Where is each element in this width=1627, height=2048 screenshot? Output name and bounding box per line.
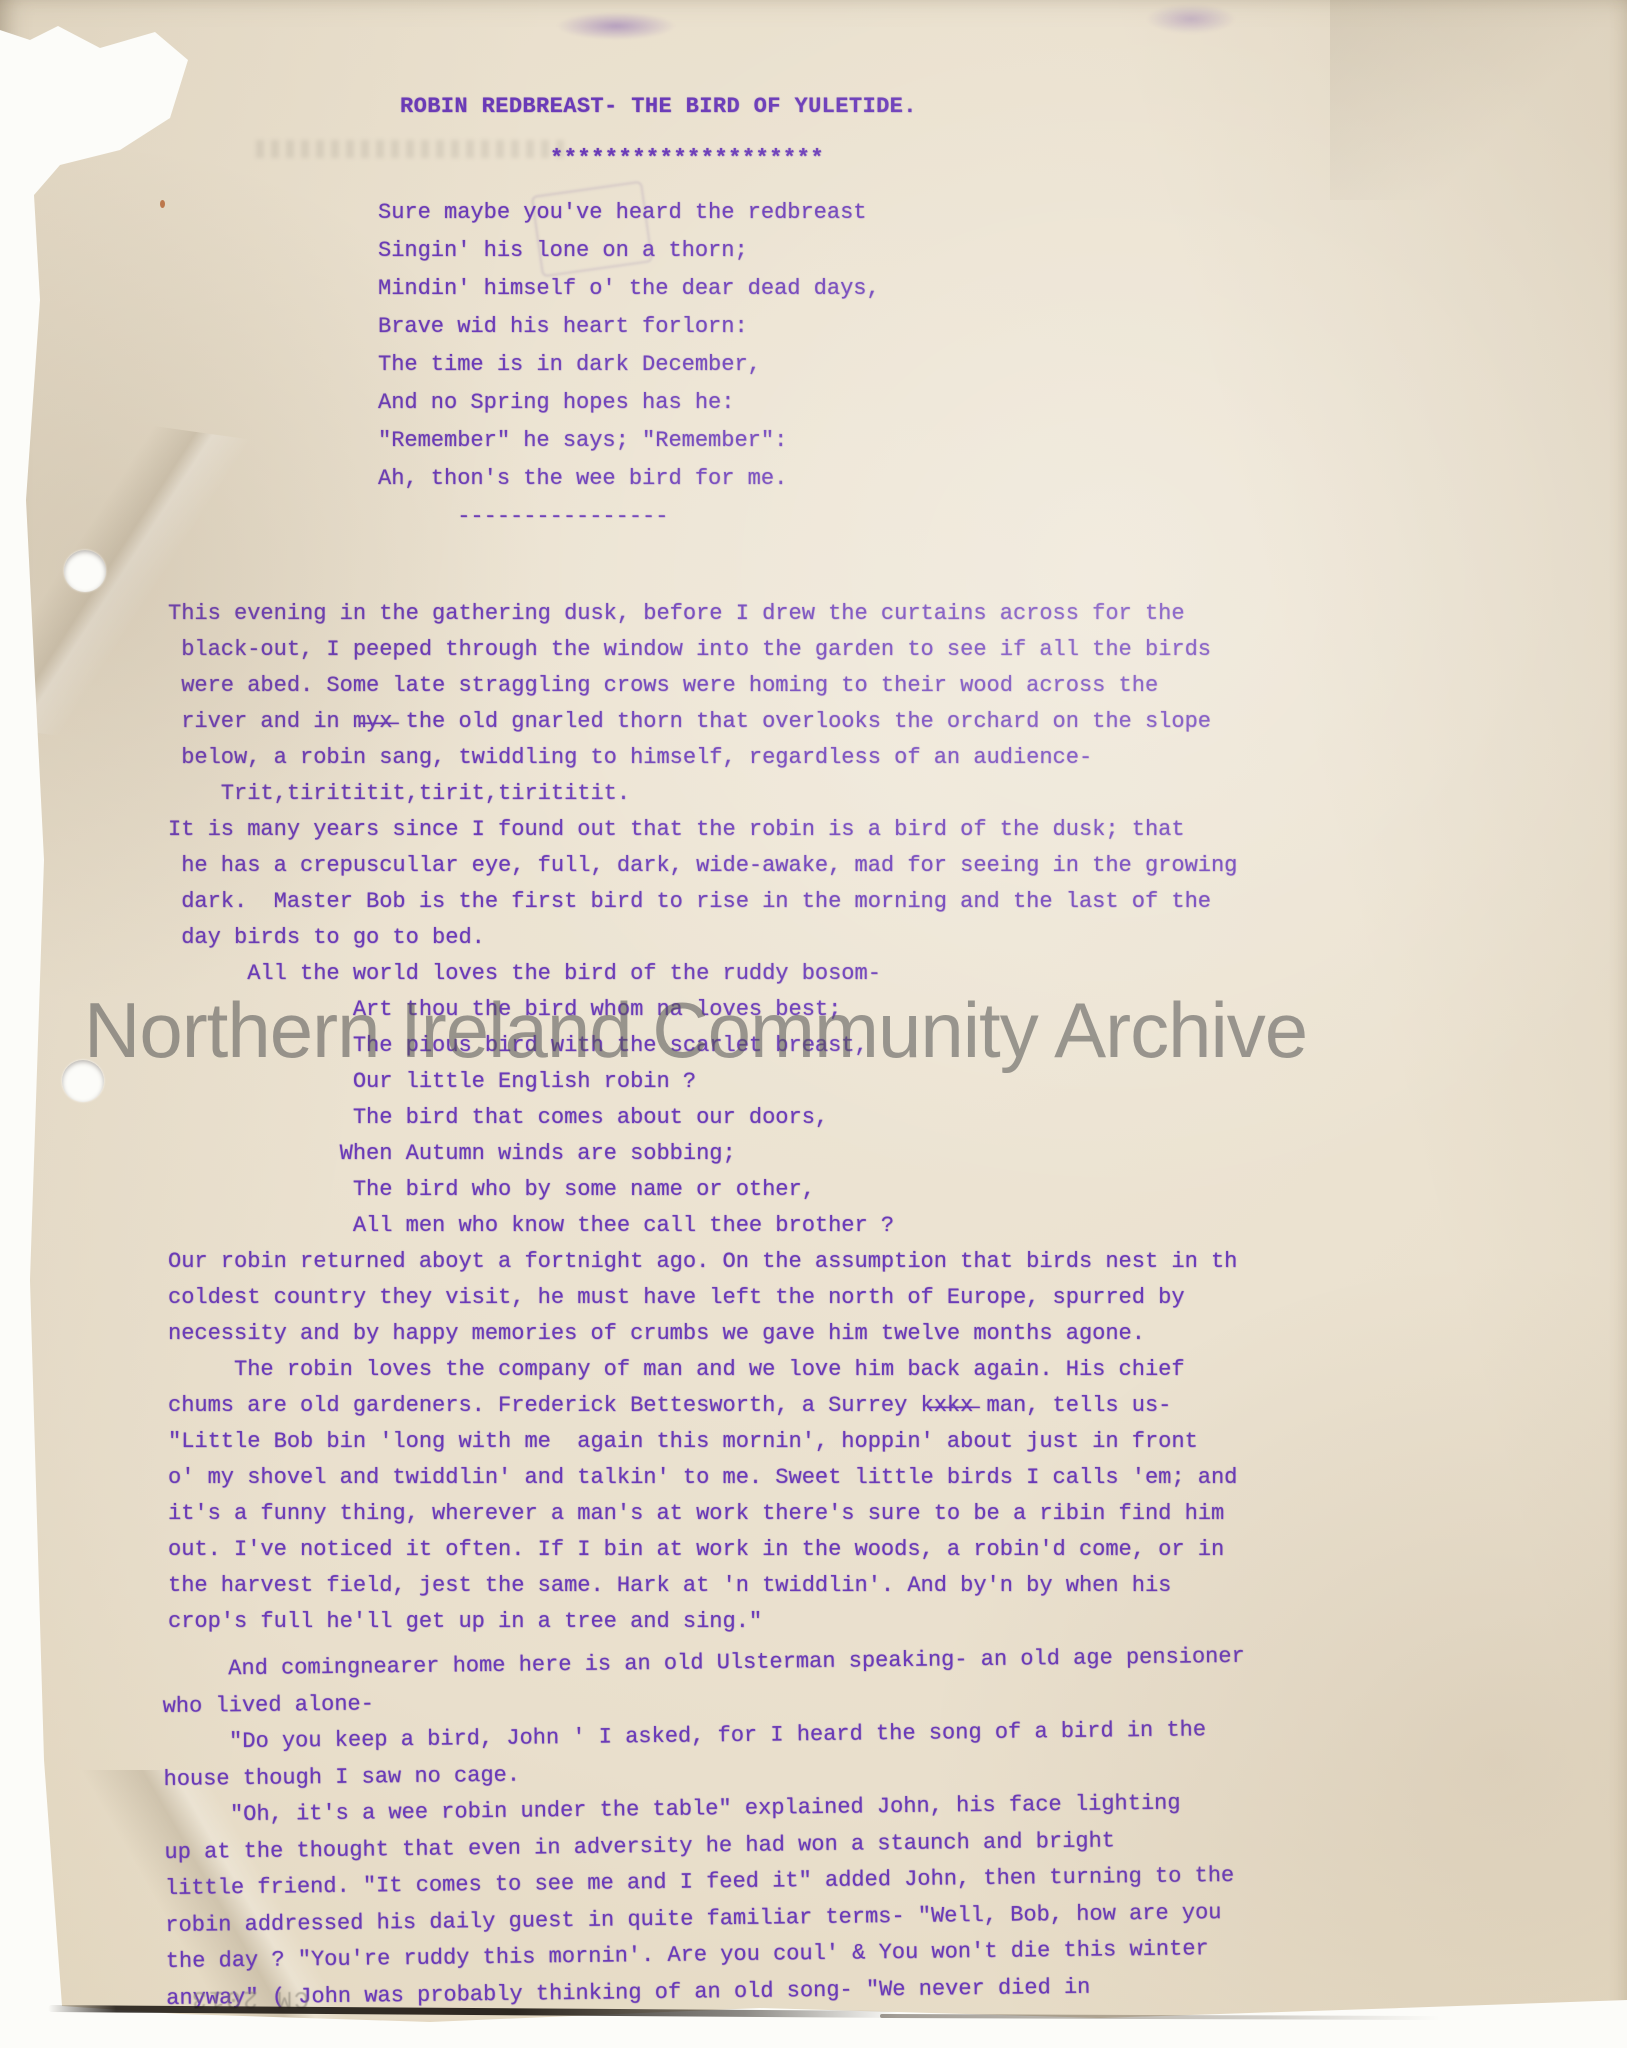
document-title: ROBIN REDBREAST- THE BIRD OF YULETIDE. xyxy=(400,94,917,119)
punch-hole-bottom xyxy=(62,1060,104,1102)
text-line: black-out, I peeped through the window i… xyxy=(168,632,1237,668)
asterisk-divider: ******************** xyxy=(550,146,824,171)
text-line: This evening in the gathering dusk, befo… xyxy=(168,596,1237,632)
text-line: Art thou the bird whom na loves best; xyxy=(168,992,1237,1028)
text-line: "Remember" he says; "Remember": xyxy=(378,422,880,460)
text-line: were abed. Some late straggling crows we… xyxy=(168,668,1237,704)
text-line: Ah, thon's the wee bird for me. xyxy=(378,460,880,498)
text-line: river and in m̶y̶x̶ the old gnarled thor… xyxy=(168,704,1237,740)
text-line: out. I've noticed it often. If I bin at … xyxy=(168,1532,1237,1568)
ink-smudge xyxy=(556,12,676,40)
text-line: Sure maybe you've heard the redbreast xyxy=(378,194,880,232)
text-line: crop's full he'll get up in a tree and s… xyxy=(168,1604,1237,1640)
offset-ink-ghost xyxy=(256,140,566,158)
text-line: day birds to go to bed. xyxy=(168,920,1237,956)
text-line: he has a crepuscullar eye, full, dark, w… xyxy=(168,848,1237,884)
scanned-page: ROBIN REDBREAST- THE BIRD OF YULETIDE. *… xyxy=(0,0,1627,2048)
text-line: All men who know thee call thee brother … xyxy=(168,1208,1237,1244)
text-line: The bird that comes about our doors, xyxy=(168,1100,1237,1136)
text-line: necessity and by happy memories of crumb… xyxy=(168,1316,1237,1352)
rust-speck xyxy=(160,200,165,208)
text-line: The time is in dark December, xyxy=(378,346,880,384)
body-text-upper: This evening in the gathering dusk, befo… xyxy=(168,596,1237,1640)
text-line: And no Spring hopes has he: xyxy=(378,384,880,422)
text-line: All the world loves the bird of the rudd… xyxy=(168,956,1237,992)
paper-crease xyxy=(1330,0,1627,200)
text-line: Trit,tirititit,tirit,tirititit. xyxy=(168,776,1237,812)
text-line: below, a robin sang, twiddling to himsel… xyxy=(168,740,1237,776)
text-line: ---------------- xyxy=(378,498,880,536)
text-line: The pious bird with the scarlet breast, xyxy=(168,1028,1237,1064)
text-line: the harvest field, jest the same. Hark a… xyxy=(168,1568,1237,1604)
text-line: "Little Bob bin 'long with me again this… xyxy=(168,1424,1237,1460)
ink-smudge xyxy=(1146,4,1236,34)
text-line: dark. Master Bob is the first bird to ri… xyxy=(168,884,1237,920)
text-line: o' my shovel and twiddlin' and talkin' t… xyxy=(168,1460,1237,1496)
text-line: When Autumn winds are sobbing; xyxy=(168,1136,1237,1172)
text-line: It is many years since I found out that … xyxy=(168,812,1237,848)
text-line: it's a funny thing, wherever a man's at … xyxy=(168,1496,1237,1532)
text-line: Our little English robin ? xyxy=(168,1064,1237,1100)
text-line: coldest country they visit, he must have… xyxy=(168,1280,1237,1316)
paper-sheet: ROBIN REDBREAST- THE BIRD OF YULETIDE. *… xyxy=(0,0,1627,2048)
pencil-note: CM 2013 xyxy=(190,1984,309,2013)
text-line: Singin' his lone on a thorn; xyxy=(378,232,880,270)
text-line: chums are old gardeners. Frederick Bette… xyxy=(168,1388,1237,1424)
text-line: The robin loves the company of man and w… xyxy=(168,1352,1237,1388)
opening-poem: Sure maybe you've heard the redbreastSin… xyxy=(378,194,880,536)
text-line: Brave wid his heart forlorn: xyxy=(378,308,880,346)
text-line: Our robin returned aboyt a fortnight ago… xyxy=(168,1244,1237,1280)
body-text-lower: And comingnearer home here is an old Uls… xyxy=(162,1639,1249,2017)
punch-hole-top xyxy=(64,550,106,592)
text-line: Mindin' himself o' the dear dead days, xyxy=(378,270,880,308)
text-line: The bird who by some name or other, xyxy=(168,1172,1237,1208)
